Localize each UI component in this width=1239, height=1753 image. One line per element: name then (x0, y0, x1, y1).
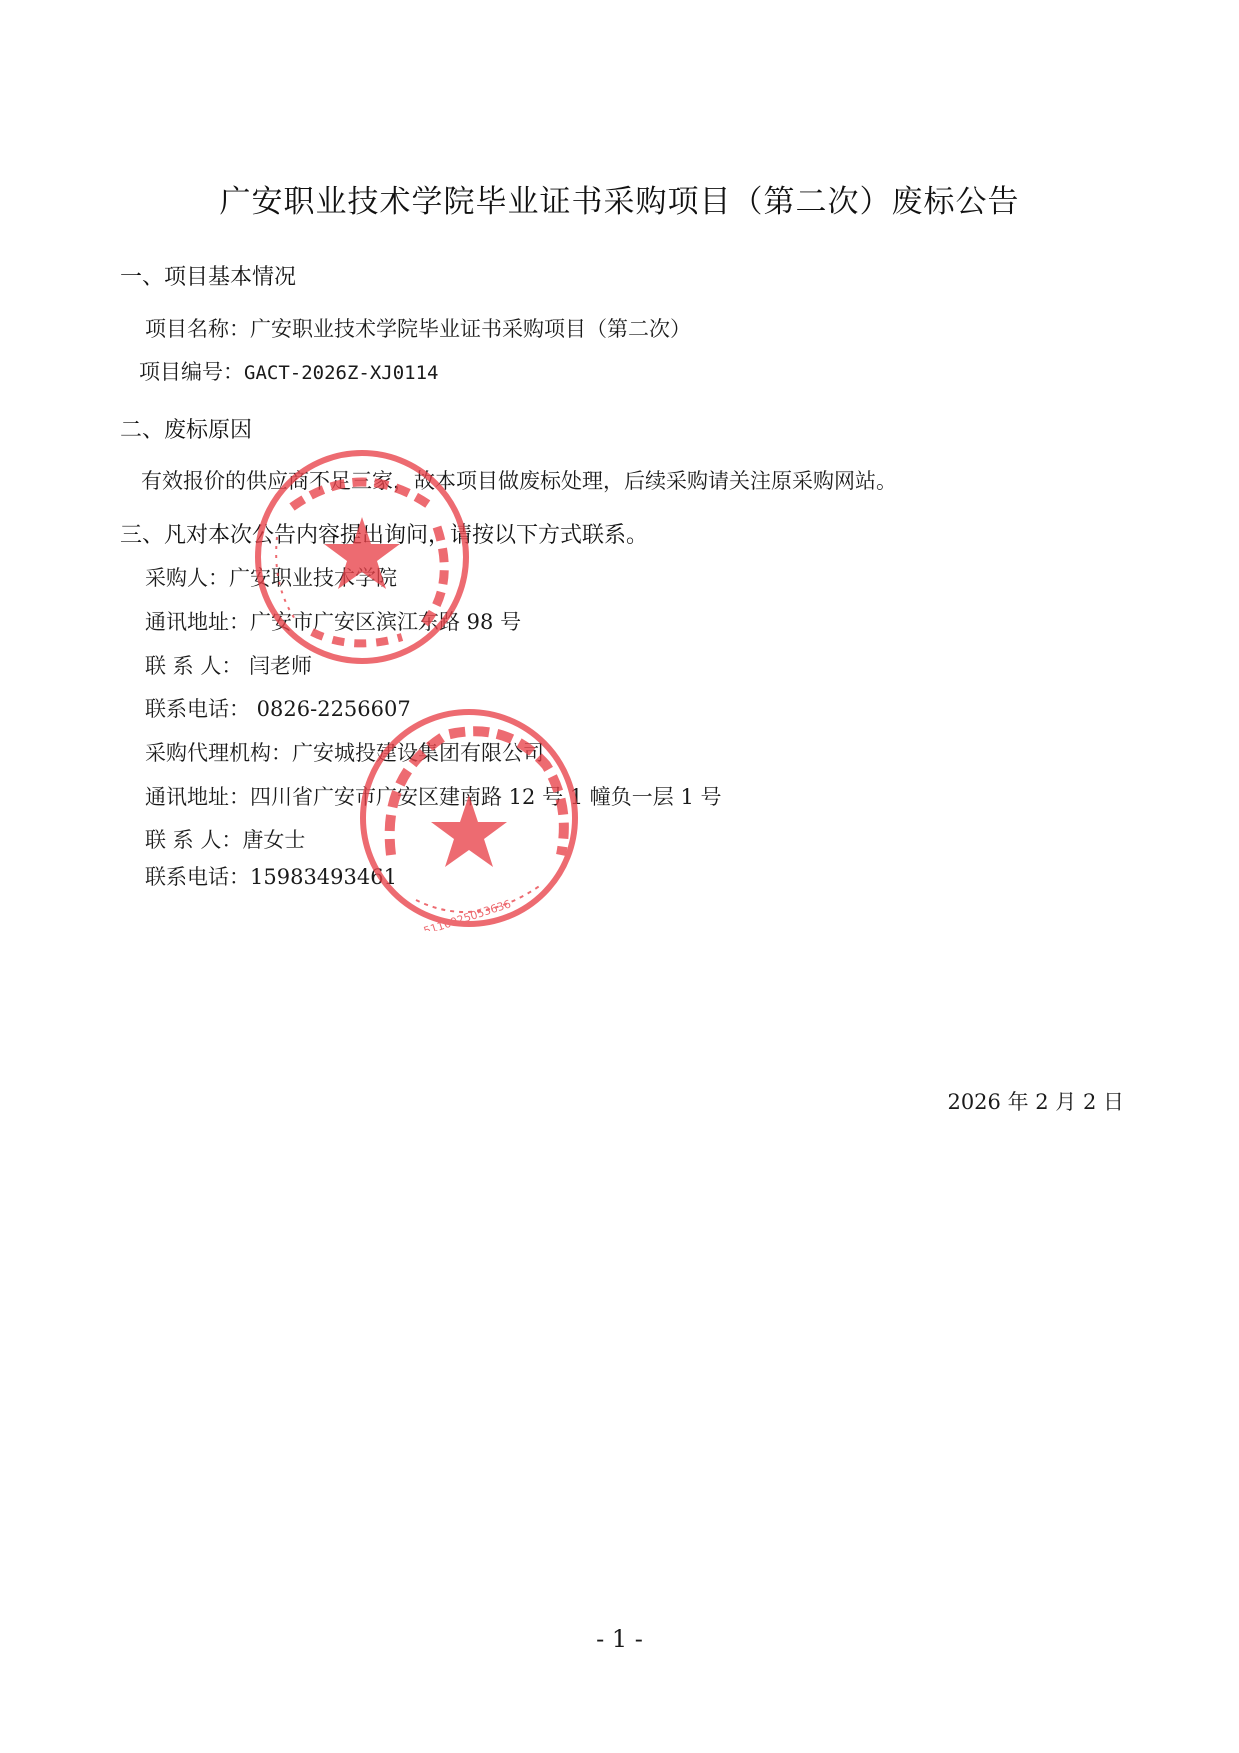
reason-text: 有效报价的供应商不足三家，故本项目做废标处理，后续采购请关注原采购网站。 (141, 465, 897, 495)
purchaser-phone-line: 联系电话： 0826-2256607 (145, 693, 411, 723)
agency-address-label: 通讯地址： (145, 785, 250, 809)
stamp-code: 5116025053636 (422, 897, 513, 931)
project-name-line: 项目名称：广安职业技术学院毕业证书采购项目（第二次） (145, 313, 691, 343)
purchaser-address-label: 通讯地址： (145, 610, 250, 634)
purchaser-line: 采购人：广安职业技术学院 (145, 562, 397, 592)
agency-address-line: 通讯地址：四川省广安市广安区建南路 12 号 1 幢负一层 1 号 (145, 781, 722, 811)
agency-value: 广安城投建设集团有限公司 (292, 741, 544, 765)
agency-phone-label: 联系电话： (145, 865, 250, 889)
agency-address-value: 四川省广安市广安区建南路 12 号 1 幢负一层 1 号 (250, 785, 722, 809)
agency-contact-value: 唐女士 (242, 828, 305, 852)
agency-line: 采购代理机构：广安城投建设集团有限公司 (145, 737, 544, 767)
section-heading-contact: 三、凡对本次公告内容提出询问，请按以下方式联系。 (120, 518, 648, 549)
purchaser-phone-value: 0826-2256607 (250, 697, 411, 721)
purchaser-contact-line: 联 系 人： 闫老师 (145, 650, 312, 680)
agency-phone-value: 15983493461 (250, 865, 397, 889)
purchaser-phone-label: 联系电话： (145, 697, 250, 721)
document-date: 2026 年 2 月 2 日 (947, 1086, 1124, 1116)
purchaser-address-line: 通讯地址：广安市广安区滨江东路 98 号 (145, 606, 521, 636)
project-name-label: 项目名称： (145, 317, 250, 341)
agency-label: 采购代理机构： (145, 741, 292, 765)
section-heading-reason: 二、废标原因 (120, 413, 252, 444)
agency-contact-label: 联 系 人： (145, 828, 242, 852)
purchaser-contact-label: 联 系 人： (145, 654, 242, 678)
agency-phone-line: 联系电话：15983493461 (145, 861, 397, 891)
section-heading-basic-info: 一、项目基本情况 (120, 260, 296, 291)
project-number-label: 项目编号： (139, 360, 244, 384)
purchaser-address-value: 广安市广安区滨江东路 98 号 (250, 610, 521, 634)
document-title: 广安职业技术学院毕业证书采购项目（第二次）废标公告 (0, 176, 1239, 221)
project-number-value: GACT-2026Z-XJ0114 (244, 362, 438, 384)
purchaser-contact-value: 闫老师 (242, 654, 312, 678)
page-number: - 1 - (0, 1625, 1239, 1653)
purchaser-value: 广安职业技术学院 (229, 566, 397, 590)
purchaser-label: 采购人： (145, 566, 229, 590)
project-name-value: 广安职业技术学院毕业证书采购项目（第二次） (250, 317, 691, 341)
project-number-line: 项目编号：GACT-2026Z-XJ0114 (139, 356, 438, 386)
agency-contact-line: 联 系 人：唐女士 (145, 824, 305, 854)
